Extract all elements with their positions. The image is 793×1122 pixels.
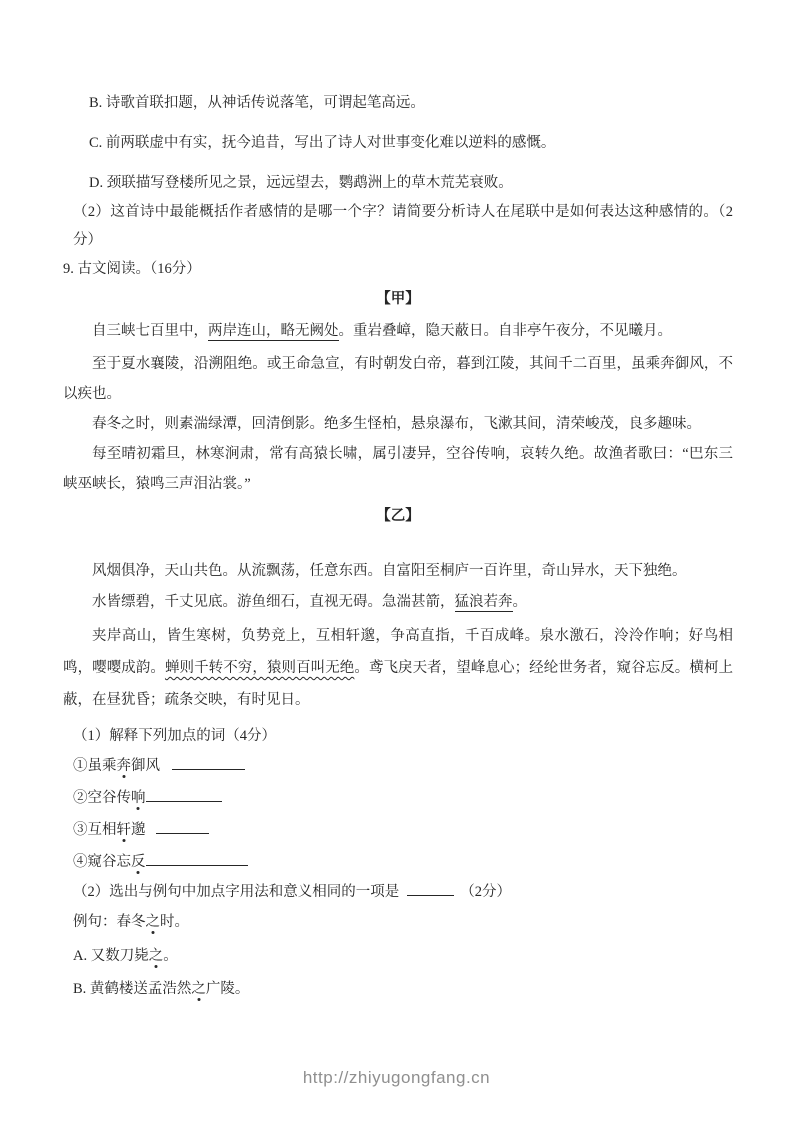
text-run: 。 — [513, 594, 528, 610]
q1-item-1: ①虽乘奔御风 — [73, 751, 733, 781]
passage-yi-label: 【乙】 — [63, 501, 733, 531]
yi-paragraph-1: 风烟俱净，天山共色。从流飘荡，任意东西。自富阳至桐庐一百许里，奇山异水，天下独绝… — [63, 556, 733, 586]
choice-option-c: C. 前两联虚中有实，抚今追昔，写出了诗人对世事变化难以逆料的感慨。 — [89, 128, 733, 158]
yi-paragraph-3: 夹岸高山，皆生寒树，负势竞上，互相轩邈，争高直指，千百成峰。泉水激石，泠泠作响；… — [63, 620, 733, 716]
jia-paragraph-4: 每至晴初霜旦，林寒涧肃，常有高猿长啸，属引凄异，空谷传响，哀转久绝。故渔者歌曰：… — [63, 439, 733, 499]
choice-option-b: B. 诗歌首联扣题，从神话传说落笔，可谓起笔高远。 — [89, 88, 733, 118]
text-run: ④窥谷忘 — [73, 854, 131, 870]
text-run: 。 — [163, 948, 178, 964]
text-run: 水皆缥碧，千丈见底。游鱼细石，直视无碍。急湍甚箭， — [92, 594, 455, 610]
dotted-char: 之 — [146, 914, 161, 930]
q1-item-2: ②空谷传响 — [73, 783, 733, 813]
dotted-char: 之 — [149, 948, 164, 964]
section-9-heading: 9. 古文阅读。（16分） — [63, 254, 733, 284]
dotted-char: 响 — [131, 790, 146, 806]
yi-paragraph-2: 水皆缥碧，千丈见底。游鱼细石，直视无碍。急湍甚箭，猛浪若奔。 — [63, 587, 733, 617]
q2-option-a: A. 又数刀毙之。 — [73, 941, 733, 971]
jia-paragraph-2: 至于夏水襄陵，沿溯阻绝。或王命急宣，有时朝发白帝，暮到江陵，其间千二百里，虽乘奔… — [63, 349, 733, 409]
underlined-text: 两岸连山，略无阙处 — [208, 323, 339, 341]
q1-prompt: （1）解释下列加点的词（4分） — [73, 721, 733, 751]
q2-option-b: B. 黄鹤楼送孟浩然之广陵。 — [73, 974, 733, 1004]
dotted-char: 轩 — [117, 822, 132, 838]
text-run: 。重岩叠嶂，隐天蔽日。自非亭午夜分，不见曦月。 — [339, 323, 673, 339]
wavy-underlined-text: 蝉则千转不穷，猿则百叫无绝 — [165, 660, 354, 676]
choice-option-d: D. 颈联描写登楼所见之景，远远望去，鹦鹉洲上的草木荒芜衰败。 — [89, 168, 733, 198]
text-run: B. 黄鹤楼送孟浩然 — [73, 981, 191, 997]
q1-item-3: ③互相轩邈 — [73, 815, 733, 845]
text-run: 广陵。 — [206, 981, 250, 997]
answer-blank — [156, 819, 209, 834]
answer-blank — [172, 755, 245, 770]
underlined-text: 猛浪若奔 — [455, 594, 513, 612]
answer-blank — [146, 787, 222, 802]
q1-item-4: ④窥谷忘反 — [73, 847, 733, 877]
jia-paragraph-3: 春冬之时，则素湍绿潭，回清倒影。绝多生怪柏，悬泉瀑布，飞漱其间，清荣峻茂，良多趣… — [63, 409, 733, 439]
jia-paragraph-1: 自三峡七百里中，两岸连山，略无阙处。重岩叠嶂，隐天蔽日。自非亭午夜分，不见曦月。 — [63, 316, 733, 346]
text-run: ③互相 — [73, 822, 117, 838]
text-run: ①虽乘 — [73, 758, 117, 774]
text-run: 御风 — [131, 758, 160, 774]
poem-question-2: （2）这首诗中最能概括作者感情的是哪一个字？请简要分析诗人在尾联中是如何表达这种… — [73, 198, 733, 254]
q2-prompt: （2）选出与例句中加点字用法和意义相同的一项是（2分） — [73, 877, 733, 907]
passage-jia-label: 【甲】 — [63, 284, 733, 314]
text-run: （2）选出与例句中加点字用法和意义相同的一项是 — [73, 884, 399, 900]
answer-blank — [407, 881, 454, 896]
text-run: （2分） — [460, 884, 511, 900]
q2-example: 例句：春冬之时。 — [73, 907, 733, 937]
answer-blank — [146, 851, 248, 866]
watermark-url: http://zhiyugongfang.cn — [0, 1068, 793, 1088]
text-run: 邈 — [131, 822, 146, 838]
dotted-char: 奔 — [117, 758, 132, 774]
dotted-char: 之 — [191, 981, 206, 997]
text-run: 时。 — [160, 914, 189, 930]
text-run: 例句：春冬 — [73, 914, 146, 930]
dotted-char: 反 — [131, 854, 146, 870]
text-run: ②空谷传 — [73, 790, 131, 806]
text-run: 自三峡七百里中， — [92, 323, 208, 339]
text-run: A. 又数刀毙 — [73, 948, 149, 964]
exam-page: B. 诗歌首联扣题，从神话传说落笔，可谓起笔高远。 C. 前两联虚中有实，抚今追… — [0, 0, 793, 1122]
